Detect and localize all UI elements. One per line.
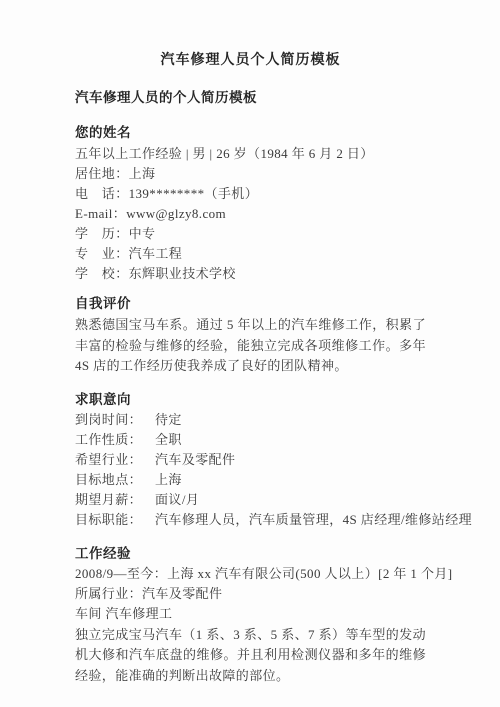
field-residence: 居住地：上海 bbox=[75, 164, 426, 184]
intent-start-date-value: 待定 bbox=[155, 412, 182, 427]
field-school-value: 东辉职业技术学校 bbox=[129, 266, 236, 281]
work-description: 独立完成宝马汽车（1 系、3 系、5 系、7 系）等车型的发动机大修和汽车底盘的… bbox=[75, 625, 426, 687]
work-industry: 所属行业：汽车及零配件 bbox=[75, 584, 426, 604]
document-subtitle: 汽车修理人员的个人简历模板 bbox=[75, 88, 426, 108]
field-email-value: www@glzy8.com bbox=[126, 206, 226, 221]
section-heading-job-intent: 求职意向 bbox=[75, 390, 426, 410]
field-residence-value: 上海 bbox=[129, 166, 156, 181]
field-school-label: 学 校： bbox=[75, 266, 129, 281]
section-heading-work-experience: 工作经验 bbox=[75, 544, 426, 564]
field-residence-label: 居住地： bbox=[75, 166, 129, 181]
field-email: E-mail：www@glzy8.com bbox=[75, 204, 426, 224]
field-phone-value: 139********（手机） bbox=[129, 186, 259, 201]
field-education-value: 中专 bbox=[129, 226, 156, 241]
basic-summary-line: 五年以上工作经验 | 男 | 26 岁（1984 年 6 月 2 日） bbox=[75, 144, 426, 164]
intent-start-date-label: 到岗时间： bbox=[75, 412, 142, 427]
field-education: 学 历：中专 bbox=[75, 224, 426, 244]
field-education-label: 学 历： bbox=[75, 226, 129, 241]
field-major: 专 业：汽车工程 bbox=[75, 244, 426, 264]
field-email-label: E-mail： bbox=[75, 206, 126, 221]
intent-job-type-label: 工作性质： bbox=[75, 432, 142, 447]
intent-salary-value: 面议/月 bbox=[155, 492, 199, 507]
section-heading-self-evaluation: 自我评价 bbox=[75, 294, 426, 314]
field-phone: 电 话：139********（手机） bbox=[75, 184, 426, 204]
work-position-line: 车间 汽车修理工 bbox=[75, 604, 426, 624]
intent-job-type-value: 全职 bbox=[155, 432, 182, 447]
intent-industry-value: 汽车及零配件 bbox=[155, 452, 235, 467]
work-industry-label: 所属行业： bbox=[75, 586, 142, 601]
field-school: 学 校：东辉职业技术学校 bbox=[75, 264, 426, 284]
intent-target-role-value: 汽车修理人员，汽车质量管理，4S 店经理/维修站经理 bbox=[155, 512, 472, 527]
document-title: 汽车修理人员个人简历模板 bbox=[75, 50, 426, 72]
field-major-label: 专 业： bbox=[75, 246, 129, 261]
work-industry-value: 汽车及零配件 bbox=[142, 586, 222, 601]
intent-job-type: 工作性质：全职 bbox=[75, 430, 426, 450]
field-major-value: 汽车工程 bbox=[129, 246, 183, 261]
intent-target-role-label: 目标职能： bbox=[75, 512, 142, 527]
intent-industry-label: 希望行业： bbox=[75, 452, 142, 467]
intent-location-label: 目标地点： bbox=[75, 472, 142, 487]
intent-industry: 希望行业：汽车及零配件 bbox=[75, 450, 426, 470]
self-evaluation-text: 熟悉德国宝马车系。通过 5 年以上的汽车维修工作，积累了丰富的检验与维修的经验，… bbox=[75, 315, 426, 377]
intent-target-role: 目标职能：汽车修理人员，汽车质量管理，4S 店经理/维修站经理 bbox=[75, 510, 426, 530]
intent-salary: 期望月薪：面议/月 bbox=[75, 490, 426, 510]
intent-location: 目标地点：上海 bbox=[75, 470, 426, 490]
resume-document-page: 汽车修理人员个人简历模板 汽车修理人员的个人简历模板 您的姓名 五年以上工作经验… bbox=[0, 0, 500, 707]
section-heading-name: 您的姓名 bbox=[75, 123, 426, 143]
intent-salary-label: 期望月薪： bbox=[75, 492, 142, 507]
work-company-line: 2008/9—至今：上海 xx 汽车有限公司(500 人以上）[2 年 1 个月… bbox=[75, 564, 426, 584]
field-phone-label: 电 话： bbox=[75, 186, 129, 201]
intent-location-value: 上海 bbox=[155, 472, 182, 487]
intent-start-date: 到岗时间：待定 bbox=[75, 410, 426, 430]
